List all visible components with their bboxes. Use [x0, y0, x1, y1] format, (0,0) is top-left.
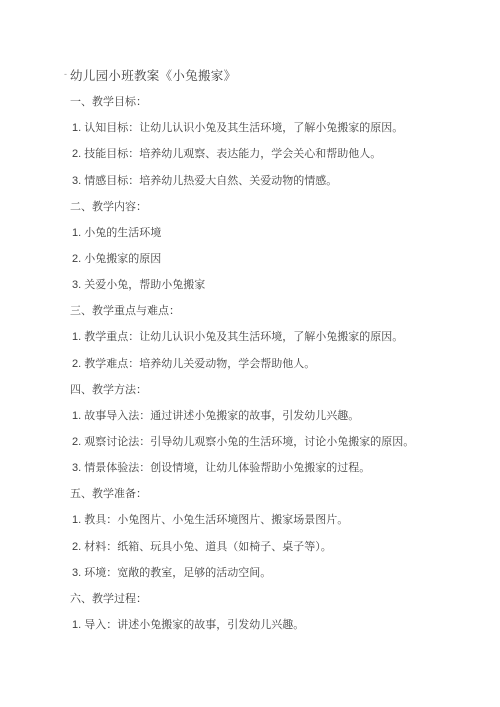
section-heading: 二、教学内容：: [70, 194, 470, 220]
list-item: 3. 情景体验法：创设情境，让幼儿体验帮助小兔搬家的过程。: [70, 455, 470, 481]
section-teaching-process: 六、教学过程： 1. 导入：讲述小兔搬家的故事，引发幼儿兴趣。: [70, 586, 470, 638]
list-item: 2. 教学难点：培养幼儿关爱动物，学会帮助他人。: [70, 351, 470, 377]
list-item: 2. 技能目标：培养幼儿观察、表达能力，学会关心和帮助他人。: [70, 141, 470, 167]
list-item: 3. 情感目标：培养幼儿热爱大自然、关爱动物的情感。: [70, 168, 470, 194]
section-heading: 五、教学准备：: [70, 481, 470, 507]
section-teaching-content: 二、教学内容： 1. 小兔的生活环境 2. 小兔搬家的原因 3. 关爱小兔，帮助…: [70, 194, 470, 299]
section-teaching-goals: 一、教学目标： 1. 认知目标：让幼儿认识小兔及其生活环境，了解小兔搬家的原因。…: [70, 89, 470, 194]
section-heading: 三、教学重点与难点：: [70, 298, 470, 324]
section-teaching-methods: 四、教学方法： 1. 故事导入法：通过讲述小兔搬家的故事，引发幼儿兴趣。 2. …: [70, 377, 470, 482]
document-page: -幼儿园小班教案《小兔搬家》 一、教学目标： 1. 认知目标：让幼儿认识小兔及其…: [0, 0, 500, 707]
list-item: 1. 故事导入法：通过讲述小兔搬家的故事，引发幼儿兴趣。: [70, 403, 470, 429]
list-item: 2. 材料：纸箱、玩具小兔、道具（如椅子、桌子等）。: [70, 534, 470, 560]
list-item: 1. 小兔的生活环境: [70, 220, 470, 246]
list-item: 1. 教具：小兔图片、小兔生活环境图片、搬家场景图片。: [70, 507, 470, 533]
list-item: 1. 导入：讲述小兔搬家的故事，引发幼儿兴趣。: [70, 612, 470, 638]
section-key-points: 三、教学重点与难点： 1. 教学重点：让幼儿认识小兔及其生活环境，了解小兔搬家的…: [70, 298, 470, 376]
list-item: 1. 教学重点：让幼儿认识小兔及其生活环境，了解小兔搬家的原因。: [70, 324, 470, 350]
list-item: 1. 认知目标：让幼儿认识小兔及其生活环境，了解小兔搬家的原因。: [70, 115, 470, 141]
title-tick-mark: -: [64, 61, 69, 87]
list-item: 3. 环境：宽敞的教室，足够的活动空间。: [70, 560, 470, 586]
section-heading: 四、教学方法：: [70, 377, 470, 403]
list-item: 3. 关爱小兔，帮助小兔搬家: [70, 272, 470, 298]
section-heading: 六、教学过程：: [70, 586, 470, 612]
section-teaching-preparation: 五、教学准备： 1. 教具：小兔图片、小兔生活环境图片、搬家场景图片。 2. 材…: [70, 481, 470, 586]
list-item: 2. 小兔搬家的原因: [70, 246, 470, 272]
section-heading: 一、教学目标：: [70, 89, 470, 115]
document-title-text: 幼儿园小班教案《小兔搬家》: [70, 69, 236, 83]
list-item: 2. 观察讨论法：引导幼儿观察小兔的生活环境，讨论小兔搬家的原因。: [70, 429, 470, 455]
document-title: -幼儿园小班教案《小兔搬家》: [70, 61, 470, 89]
